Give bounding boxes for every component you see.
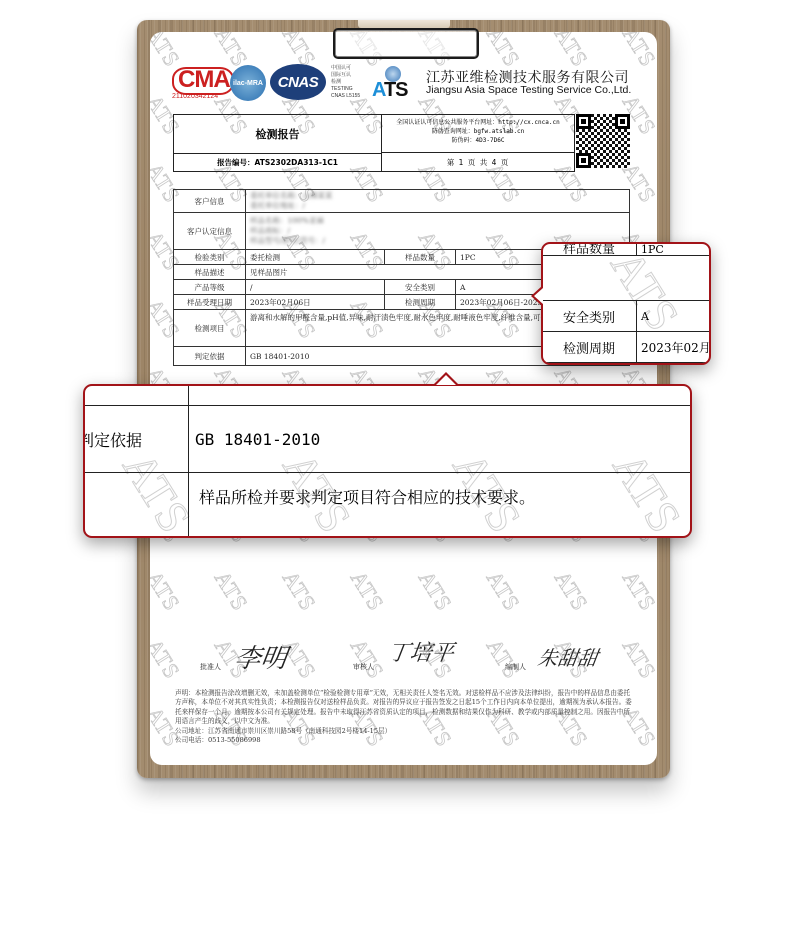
approver-label: 批准人: [200, 662, 221, 672]
empty-cell: [83, 473, 189, 538]
statement-text: 声明：本检测报告涂改增删无效，未加盖检测单位“检验检测专用章”无效，无相关责任人…: [175, 689, 635, 727]
ats-logo-text: ATS: [372, 79, 408, 102]
safety-class-value: A: [637, 301, 712, 332]
ats-logo: ATS: [372, 66, 422, 100]
cnas-text-line: TESTING: [331, 86, 360, 93]
report-title: 检测报告: [174, 115, 382, 154]
cma-logo: CMA: [178, 66, 230, 94]
report-verification-info: 全国认证认可信息公共服务平台网址：http://cx.cnca.cn 防伪查询网…: [382, 115, 574, 153]
basis-label: 判定依据: [174, 347, 246, 366]
report-head-table: 检测报告 全国认证认可信息公共服务平台网址：http://cx.cnca.cn …: [173, 114, 575, 172]
verify-url: 防伪查询网址：bgfw.atslab.cn: [382, 127, 574, 136]
sample-qty-label: 样品数量: [542, 243, 637, 256]
inspection-type-value: 委托检测: [246, 250, 385, 265]
safety-class-label: 安全类别: [542, 301, 637, 332]
platform-url: 全国认证认可信息公共服务平台网址：http://cx.cnca.cn: [382, 118, 574, 127]
sample-desc-label: 样品描述: [174, 265, 246, 280]
inspection-type-label: 检验类别: [174, 250, 246, 265]
blurred-text: 委托单位地址：/: [250, 201, 625, 211]
page-info: 第 1 页 共 4 页: [382, 154, 574, 171]
partial-text: 汗渍色牢度,耐水色牢度: [542, 363, 712, 366]
cnas-text-line: 国际互认: [331, 72, 360, 79]
basis-label: 判定依据: [83, 406, 189, 473]
ilac-mra-logo: ilac-MRA: [230, 65, 266, 101]
empty-row: [542, 256, 712, 301]
cnas-text: 中国认可 国际互认 检测 TESTING CNAS L5155: [331, 65, 360, 100]
product-grade-label: 产品等级: [174, 280, 246, 295]
blurred-text: 样品商标：/: [250, 226, 625, 236]
callout-pointer: [433, 372, 459, 385]
company-name-en: Jiangsu Asia Space Testing Service Co.,L…: [426, 84, 631, 96]
cma-number: 211020342124: [172, 93, 218, 100]
basis-value: GB 18401-2010: [189, 406, 693, 473]
cnas-text-line: 中国认可: [331, 65, 360, 72]
watermark-text: ATS: [277, 566, 321, 616]
test-period-label: 检测周期: [385, 295, 456, 310]
watermark-text: ATS: [150, 566, 185, 616]
company-address: 公司地址：江苏省南通市崇川区崇川路58号（南通科技园2号楼14-15层）: [175, 727, 635, 736]
customer-info-value: 委托单位名称：山佛某某 委托单位地址：/: [246, 190, 630, 213]
empty-cell: [189, 385, 693, 406]
blurred-text: 样品名称：100%亚麻: [250, 216, 625, 226]
company-phone: 公司电话：0513-55086998: [175, 736, 635, 745]
disclaimer: 声明：本检测报告涂改增删无效，未加盖检测单位“检验检测专用章”无效，无相关责任人…: [175, 689, 635, 745]
cnas-text-line: 检测: [331, 79, 360, 86]
safety-class-label: 安全类别: [385, 280, 456, 295]
watermark-text: ATS: [413, 566, 457, 616]
cnas-logo: CNAS: [270, 64, 326, 100]
receive-date-value: 2023年02月06日: [246, 295, 385, 310]
conclusion-text: 样品所检并要求判定项目符合相应的技术要求。: [189, 473, 693, 538]
callout-pointer: [531, 286, 542, 306]
product-grade-value: /: [246, 280, 385, 295]
sample-qty-value: 1PC: [637, 243, 712, 256]
reviewer-signature: 丁培平: [386, 636, 456, 667]
customer-info-label: 客户信息: [174, 190, 246, 213]
clipboard-clip-base: [358, 20, 450, 28]
test-period-label: 检测周期: [542, 332, 637, 363]
reviewer-label: 审核人: [353, 662, 374, 672]
callout-table: 样品数量 1PC 安全类别 A 检测周期 2023年02月 汗渍色牢度,耐水色牢…: [541, 242, 711, 365]
sample-qty-label: 样品数量: [385, 250, 456, 265]
approver-signature: 李明: [232, 638, 289, 675]
watermark-text: ATS: [481, 566, 525, 616]
blurred-text: 委托单位名称：山佛某某: [250, 191, 625, 201]
qr-code-icon: [576, 114, 630, 168]
table-row: 客户信息 委托单位名称：山佛某某 委托单位地址：/: [174, 190, 630, 213]
anti-fake-code: 防伪码：4D3-7D6C: [382, 136, 574, 145]
empty-cell: [83, 385, 189, 406]
watermark-text: ATS: [345, 566, 389, 616]
editor-signature: 朱甜甜: [536, 642, 600, 671]
watermark-text: ATS: [617, 566, 657, 616]
receive-date-label: 样品受理日期: [174, 295, 246, 310]
watermark-text: ATS: [209, 566, 253, 616]
zoom-callout-conclusion: ATS ATS ATS ATS 判定依据 GB 18401-2010 样品所检并…: [83, 384, 692, 538]
report-number: 报告编号：ATS2302DA313-1C1: [174, 154, 382, 171]
cnas-text-line: CNAS L5155: [331, 93, 360, 100]
test-items-label: 检测项目: [174, 310, 246, 347]
test-period-value: 2023年02月: [637, 332, 712, 363]
callout-table: 判定依据 GB 18401-2010 样品所检并要求判定项目符合相应的技术要求。: [83, 384, 692, 537]
editor-label: 编制人: [505, 662, 526, 672]
watermark-text: ATS: [549, 566, 593, 616]
customer-identified-label: 客户认定信息: [174, 213, 246, 250]
header-logos: CMA 211020342124 ilac-MRA CNAS 中国认可 国际互认…: [172, 62, 642, 104]
zoom-callout-safety: ATS 样品数量 1PC 安全类别 A 检测周期 2023年02月 汗渍色牢度,…: [541, 242, 711, 365]
clipboard-clip: [333, 28, 479, 59]
signatures: 批准人 李明 审核人 丁培平 编制人 朱甜甜: [160, 632, 640, 682]
